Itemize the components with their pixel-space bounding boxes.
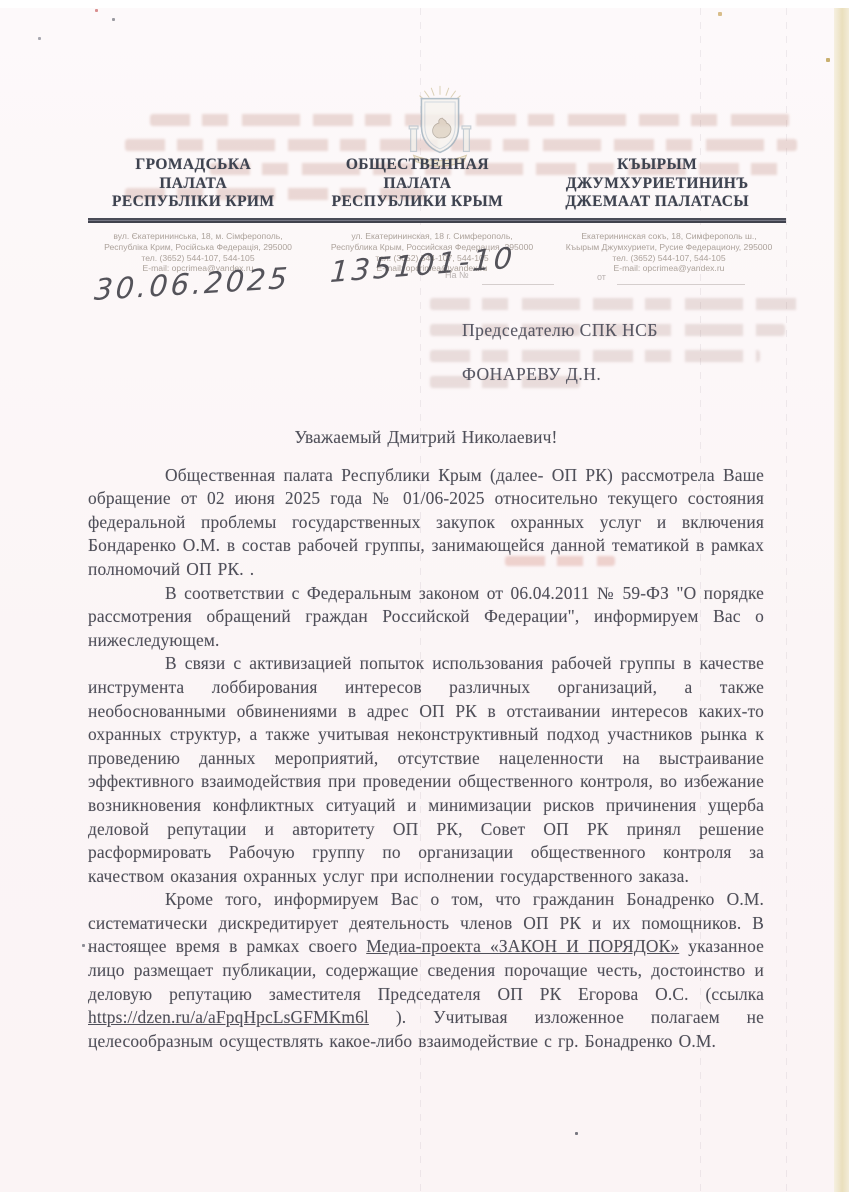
address-line: Екатерининская сокъ, 18, Симферополь ш., xyxy=(554,231,784,242)
reference-blank-line xyxy=(617,283,745,285)
scan-speck xyxy=(826,58,830,62)
letter-body: Уважаемый Дмитрий Николаевич! Общественн… xyxy=(88,426,764,1053)
org-line: ПАЛАТА xyxy=(300,175,534,194)
paragraph-1: Общественная палата Республики Крым (дал… xyxy=(88,464,764,582)
org-name-russian: ОБЩЕСТВЕННАЯ ПАЛАТА РЕСПУБЛИКИ КРЫМ xyxy=(300,156,534,212)
org-line: ДЖЕМААТ ПАЛАТАСЫ xyxy=(534,193,780,212)
underlined-text: Медиа-проекта «ЗАКОН И ПОРЯДОК» xyxy=(366,936,679,956)
paragraph-3: В связи с активизацией попыток использов… xyxy=(88,652,764,888)
letterhead-divider xyxy=(88,218,786,223)
org-name-ukrainian: ГРОМАДСЬКА ПАЛАТА РЕСПУБЛІКИ КРИМ xyxy=(86,156,300,212)
org-line: РЕСПУБЛІКИ КРИМ xyxy=(86,193,300,212)
underlined-text: https://dzen.ru/a/aFpqHpcLsGFMKm6l xyxy=(88,1007,369,1027)
org-line: ПАЛАТА xyxy=(86,175,300,194)
scan-edge-strip xyxy=(834,8,849,1192)
addressee-block: Председателю СПК НСБ ФОНАРЕВУ Д.Н. xyxy=(462,320,658,408)
scan-speck xyxy=(38,37,41,40)
org-line: ДЖУМХУРИЕТИНИНЪ xyxy=(534,175,780,194)
address-line: Къырым Джумхуриети, Русие Федерациону, 2… xyxy=(554,242,784,253)
address-line: Республіка Крим, Російська Федерація, 29… xyxy=(86,242,310,253)
scan-speck xyxy=(82,944,85,947)
scanned-letter-page: ГРОМАДСЬКА ПАЛАТА РЕСПУБЛІКИ КРИМ ОБЩЕСТ… xyxy=(0,0,849,1200)
addressee-name: ФОНАРЕВУ Д.Н. xyxy=(462,364,658,385)
org-line: ГРОМАДСЬКА xyxy=(86,156,300,175)
paragraph-4: Кроме того, информируем Вас о том, что г… xyxy=(88,888,764,1053)
org-name-crimean-tatar: КЪЫРЫМ ДЖУМХУРИЕТИНИНЪ ДЖЕМААТ ПАЛАТАСЫ xyxy=(534,156,780,212)
reference-blank-line xyxy=(482,283,554,285)
from-label: от xyxy=(597,272,606,282)
org-line: ОБЩЕСТВЕННАЯ xyxy=(300,156,534,175)
address-line: E-mail: opcrimea@yandex.ru xyxy=(554,263,784,274)
addressee-title: Председателю СПК НСБ xyxy=(462,320,658,341)
org-line: РЕСПУБЛИКИ КРЫМ xyxy=(300,193,534,212)
address-line: тел. (3652) 544-107, 544-105 xyxy=(554,253,784,264)
scan-speck xyxy=(575,1132,578,1135)
org-line: КЪЫРЫМ xyxy=(534,156,780,175)
scan-speck xyxy=(718,12,722,16)
paragraph-2: В соответствии с Федеральным законом от … xyxy=(88,582,764,653)
letter-paper: ГРОМАДСЬКА ПАЛАТА РЕСПУБЛІКИ КРИМ ОБЩЕСТ… xyxy=(0,8,836,1192)
address-line: вул. Єкатерининська, 18, м. Сімферополь, xyxy=(86,231,310,242)
salutation: Уважаемый Дмитрий Николаевич! xyxy=(88,426,764,450)
scan-speck xyxy=(112,18,115,21)
address-crimean-tatar: Екатерининская сокъ, 18, Симферополь ш.,… xyxy=(554,231,784,274)
on-number-label: На № xyxy=(445,270,469,280)
bleed-through-text xyxy=(430,298,800,310)
letterhead-organizations: ГРОМАДСЬКА ПАЛАТА РЕСПУБЛІКИ КРИМ ОБЩЕСТ… xyxy=(86,156,780,212)
scan-speck xyxy=(95,9,98,12)
scan-fold-line xyxy=(786,8,787,1192)
